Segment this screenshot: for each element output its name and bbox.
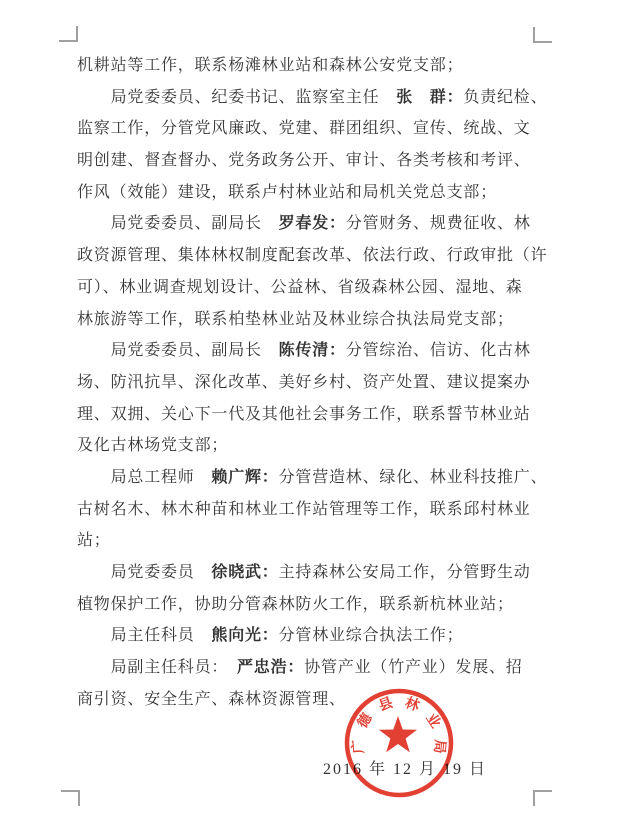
text-line: 局党委委员 徐晓武：主持森林公安局工作，分管野生动 (77, 557, 547, 589)
person-name: 张 群： (396, 89, 463, 106)
text-line: 可）、林业调查规划设计、公益林、省级森林公园、湿地、森 (77, 272, 547, 304)
seal-char: 局 (431, 739, 448, 754)
text-segment: 商引资、安全生产、森林资源管理、 (77, 691, 346, 708)
seal-char: 广 (349, 739, 367, 754)
text-line: 作风（效能）建设，联系卢村林业站和局机关党总支部； (77, 177, 547, 209)
text-segment: 负责纪检、 (463, 89, 547, 106)
text-segment: 场、防汛抗旱、深化改革、美好乡村、资产处置、建议提案办 (77, 374, 531, 391)
text-line: 局主任科员 熊向光：分管林业综合执法工作； (77, 620, 547, 652)
text-segment: 局主任科员 (111, 627, 212, 644)
text-segment: 局党委委员 (111, 564, 212, 581)
text-line: 机耕站等工作，联系杨滩林业站和森林公安党支部； (77, 50, 547, 82)
text-line: 局副主任科员： 严忠浩：协管产业（竹产业）发展、招 (77, 652, 547, 684)
person-name: 陈传清： (279, 342, 346, 359)
text-segment: 分管综治、信访、化古林 (346, 342, 531, 359)
text-segment: 理、双拥、关心下一代及其他社会事务工作，联系誓节林业站 (77, 406, 531, 423)
text-line: 明创建、督查督办、党务政务公开、审计、各类考核和考评、 (77, 145, 547, 177)
text-segment: 局党委委员、副局长 (111, 215, 279, 232)
text-line: 站； (77, 525, 547, 557)
person-name: 徐晓武： (211, 564, 278, 581)
text-line: 政资源管理、集体林权制度配套改革、依法行政、行政审批（许 (77, 240, 547, 272)
person-name: 赖广辉： (211, 469, 278, 486)
text-segment: 政资源管理、集体林权制度配套改革、依法行政、行政审批（许 (77, 247, 547, 264)
text-segment: 局党委委员、纪委书记、监察室主任 (111, 89, 397, 106)
person-name: 严忠浩： (237, 659, 304, 676)
text-boundary-corner-bottom-right (533, 790, 552, 806)
text-line: 局党委委员、副局长 陈传清：分管综治、信访、化古林 (77, 335, 547, 367)
text-segment: 分管林业综合执法工作； (279, 627, 464, 644)
text-line: 植物保护工作，协助分管森林防火工作，联系新杭林业站； (77, 589, 547, 621)
text-boundary-corner-top-right (533, 27, 552, 43)
text-line: 场、防汛抗旱、深化改革、美好乡村、资产处置、建议提案办 (77, 367, 547, 399)
text-segment: 机耕站等工作，联系杨滩林业站和森林公安党支部； (77, 57, 463, 74)
text-segment: 局总工程师 (111, 469, 212, 486)
text-line: 局总工程师 赖广辉：分管营造林、绿化、林业科技推广、 (77, 462, 547, 494)
person-name: 罗春发： (279, 215, 346, 232)
text-segment: 局副主任科员： (111, 659, 237, 676)
text-segment: 站； (77, 532, 111, 549)
text-line: 理、双拥、关心下一代及其他社会事务工作，联系誓节林业站 (77, 399, 547, 431)
text-segment: 分管营造林、绿化、林业科技推广、 (279, 469, 548, 486)
text-segment: 监察工作，分管党风廉政、党建、群团组织、宣传、统战、文 (77, 120, 531, 137)
text-line: 及化古林场党支部； (77, 430, 547, 462)
text-segment: 协管产业（竹产业）发展、招 (304, 659, 522, 676)
text-segment: 主持森林公安局工作，分管野生动 (279, 564, 531, 581)
text-segment: 明创建、督查督办、党务政务公开、审计、各类考核和考评、 (77, 152, 531, 169)
text-boundary-corner-bottom-left (61, 790, 80, 806)
seal-star-icon (379, 716, 417, 752)
text-segment: 可）、林业调查规划设计、公益林、省级森林公园、湿地、森 (77, 279, 523, 296)
text-segment: 局党委委员、副局长 (111, 342, 279, 359)
text-line: 古树名木、林木种苗和林业工作站管理等工作，联系邱村林业 (77, 494, 547, 526)
text-segment: 植物保护工作，协助分管森林防火工作，联系新杭林业站； (77, 596, 514, 613)
text-segment: 及化古林场党支部； (77, 437, 228, 454)
text-line: 商引资、安全生产、森林资源管理、 (77, 684, 547, 716)
text-segment: 作风（效能）建设，联系卢村林业站和局机关党总支部； (77, 184, 497, 201)
text-line: 监察工作，分管党风廉政、党建、群团组织、宣传、统战、文 (77, 113, 547, 145)
text-segment: 分管财务、规费征收、林 (346, 215, 531, 232)
person-name: 熊向光： (211, 627, 278, 644)
text-line: 林旅游等工作，联系柏垫林业站及林业综合执法局党支部； (77, 304, 547, 336)
text-segment: 古树名木、林木种苗和林业工作站管理等工作，联系邱村林业 (77, 501, 531, 518)
document-date: 2016 年 12 月 19 日 (323, 754, 487, 786)
text-line: 局党委委员、纪委书记、监察室主任 张 群：负责纪检、 (77, 82, 547, 114)
text-boundary-corner-top-left (59, 26, 78, 42)
text-line: 局党委委员、副局长 罗春发：分管财务、规费征收、林 (77, 208, 547, 240)
text-segment: 林旅游等工作，联系柏垫林业站及林业综合执法局党支部； (77, 311, 514, 328)
document-body: 机耕站等工作，联系杨滩林业站和森林公安党支部；局党委委员、纪委书记、监察室主任 … (77, 50, 547, 715)
document-page: 机耕站等工作，联系杨滩林业站和森林公安党支部；局党委委员、纪委书记、监察室主任 … (0, 0, 618, 828)
